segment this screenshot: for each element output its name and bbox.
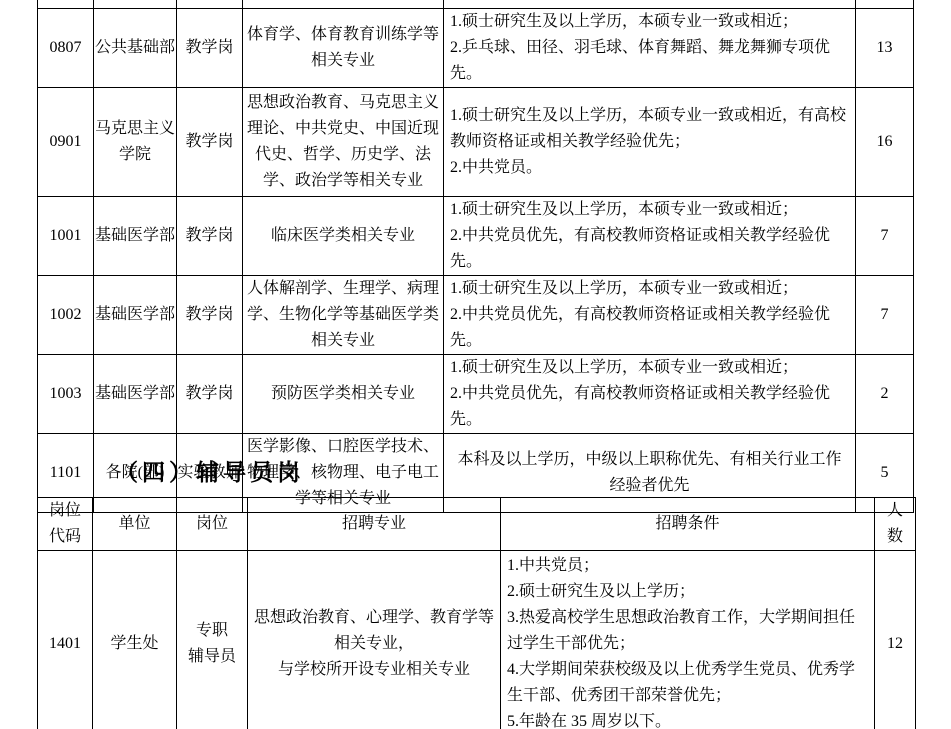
condition-item: 2.中共党员优先，有高校教师资格证或相关教学经验优先。 [450, 223, 849, 275]
condition-item: 1.中共党员； [507, 553, 868, 579]
condition-item: 2.中共党员。 [450, 155, 849, 181]
majors-text: 临床医学类相关专业 [246, 223, 440, 249]
cell-code: 1003 [38, 355, 94, 434]
majors-text: 思想政治教育、心理学、教育学等相关专业， [251, 605, 497, 657]
cell-majors: 思想政治教育、心理学、教育学等相关专业， 与学校所开设专业相关专业 [248, 551, 501, 729]
cell-unit: 马克思主义学院 [94, 88, 177, 197]
cell-post: 教学岗 [177, 197, 243, 276]
positions-table-teaching: 0807 公共基础部 教学岗 体育学、体育教育训练学等相关专业 1.硕士研究生及… [37, 0, 914, 513]
cell-majors: 人体解剖学、生理学、病理学、生物化学等基础医学类相关专业 [243, 276, 444, 355]
condition-item: 1.硕士研究生及以上学历，本硕专业一致或相近； [450, 355, 849, 381]
cell-unit: 基础医学部 [94, 355, 177, 434]
cell-conditions: 1.硕士研究生及以上学历，本硕专业一致或相近； 2.乒乓球、田径、羽毛球、体育舞… [444, 9, 856, 88]
cell-empty [444, 0, 856, 9]
cell-count: 16 [856, 88, 914, 197]
header-unit: 单位 [93, 498, 177, 551]
table-row-1003: 1003 基础医学部 教学岗 预防医学类相关专业 1.硕士研究生及以上学历，本硕… [38, 355, 914, 434]
majors-text: 预防医学类相关专业 [246, 381, 440, 407]
cell-unit: 基础医学部 [94, 197, 177, 276]
cell-conditions: 1.硕士研究生及以上学历，本硕专业一致或相近； 2.中共党员优先，有高校教师资格… [444, 355, 856, 434]
condition-item: 2.中共党员优先，有高校教师资格证或相关教学经验优先。 [450, 381, 849, 433]
cell-majors: 思想政治教育、马克思主义理论、中共党史、中国近现代史、哲学、历史学、法学、政治学… [243, 88, 444, 197]
cell-empty [243, 0, 444, 9]
cell-code: 0807 [38, 9, 94, 88]
cell-code: 1001 [38, 197, 94, 276]
majors-text: 与学校所开设专业相关专业 [251, 657, 497, 683]
cell-conditions: 1.硕士研究生及以上学历，本硕专业一致或相近； 2.中共党员优先，有高校教师资格… [444, 276, 856, 355]
condition-item: 2.硕士研究生及以上学历； [507, 579, 868, 605]
cell-majors: 临床医学类相关专业 [243, 197, 444, 276]
cell-count: 7 [856, 276, 914, 355]
cell-count: 12 [875, 551, 916, 729]
header-major: 招聘专业 [248, 498, 501, 551]
cell-count: 7 [856, 197, 914, 276]
cell-post: 教学岗 [177, 9, 243, 88]
cell-conditions: 1.硕士研究生及以上学历，本硕专业一致或相近，有高校教师资格证或相关教学经验优先… [444, 88, 856, 197]
cell-empty [38, 0, 94, 9]
condition-item: 1.硕士研究生及以上学历，本硕专业一致或相近，有高校教师资格证或相关教学经验优先… [450, 103, 849, 155]
table-row-1401: 1401 学生处 专职 辅导员 思想政治教育、心理学、教育学等相关专业， 与学校… [38, 551, 916, 729]
table-row-partial [38, 0, 914, 9]
cell-unit: 学生处 [93, 551, 177, 729]
majors-text: 体育学、体育教育训练学等相关专业 [246, 22, 440, 74]
condition-item: 本科及以上学历，中级以上职称优先、有相关行业工作经验者优先 [450, 447, 849, 499]
cell-unit: 公共基础部 [94, 9, 177, 88]
condition-item: 2.中共党员优先，有高校教师资格证或相关教学经验优先。 [450, 302, 849, 354]
positions-table-counselor: 岗位 代码 单位 岗位 招聘专业 招聘条件 人 数 1401 学生处 专职 辅导… [37, 497, 916, 729]
cell-empty [177, 0, 243, 9]
section-heading: （四）辅导员岗 [115, 449, 304, 497]
header-count: 人 数 [875, 498, 916, 551]
cell-majors: 体育学、体育教育训练学等相关专业 [243, 9, 444, 88]
table-row-1002: 1002 基础医学部 教学岗 人体解剖学、生理学、病理学、生物化学等基础医学类相… [38, 276, 914, 355]
cell-post: 教学岗 [177, 355, 243, 434]
table-row-1001: 1001 基础医学部 教学岗 临床医学类相关专业 1.硕士研究生及以上学历，本硕… [38, 197, 914, 276]
cell-count: 13 [856, 9, 914, 88]
condition-item: 1.硕士研究生及以上学历，本硕专业一致或相近； [450, 276, 849, 302]
table-header-row: 岗位 代码 单位 岗位 招聘专业 招聘条件 人 数 [38, 498, 916, 551]
cell-count: 2 [856, 355, 914, 434]
cell-empty [94, 0, 177, 9]
condition-item: 3.热爱高校学生思想政治教育工作，大学期间担任过学生干部优先； [507, 605, 868, 657]
header-condition: 招聘条件 [501, 498, 875, 551]
condition-item: 4.大学期间荣获校级及以上优秀学生党员、优秀学生干部、优秀团干部荣誉优先； [507, 657, 868, 709]
document-page: 0807 公共基础部 教学岗 体育学、体育教育训练学等相关专业 1.硕士研究生及… [0, 0, 951, 729]
cell-post: 教学岗 [177, 276, 243, 355]
cell-unit: 基础医学部 [94, 276, 177, 355]
condition-item: 5.年龄在 35 周岁以下。 [507, 709, 868, 729]
cell-empty [856, 0, 914, 9]
cell-majors: 预防医学类相关专业 [243, 355, 444, 434]
header-code: 岗位 代码 [38, 498, 93, 551]
majors-text: 思想政治教育、马克思主义理论、中共党史、中国近现代史、哲学、历史学、法学、政治学… [246, 90, 440, 194]
cell-code: 0901 [38, 88, 94, 197]
condition-item: 2.乒乓球、田径、羽毛球、体育舞蹈、舞龙舞狮专项优先。 [450, 35, 849, 87]
cell-code: 1002 [38, 276, 94, 355]
condition-item: 1.硕士研究生及以上学历，本硕专业一致或相近； [450, 197, 849, 223]
cell-post: 专职 辅导员 [177, 551, 248, 729]
header-post: 岗位 [177, 498, 248, 551]
condition-item: 1.硕士研究生及以上学历，本硕专业一致或相近； [450, 9, 849, 35]
cell-conditions: 1.硕士研究生及以上学历，本硕专业一致或相近； 2.中共党员优先，有高校教师资格… [444, 197, 856, 276]
table-row-0901: 0901 马克思主义学院 教学岗 思想政治教育、马克思主义理论、中共党史、中国近… [38, 88, 914, 197]
majors-text: 人体解剖学、生理学、病理学、生物化学等基础医学类相关专业 [246, 276, 440, 354]
cell-code: 1401 [38, 551, 93, 729]
cell-conditions: 1.中共党员； 2.硕士研究生及以上学历； 3.热爱高校学生思想政治教育工作，大… [501, 551, 875, 729]
table-row-0807: 0807 公共基础部 教学岗 体育学、体育教育训练学等相关专业 1.硕士研究生及… [38, 9, 914, 88]
cell-post: 教学岗 [177, 88, 243, 197]
